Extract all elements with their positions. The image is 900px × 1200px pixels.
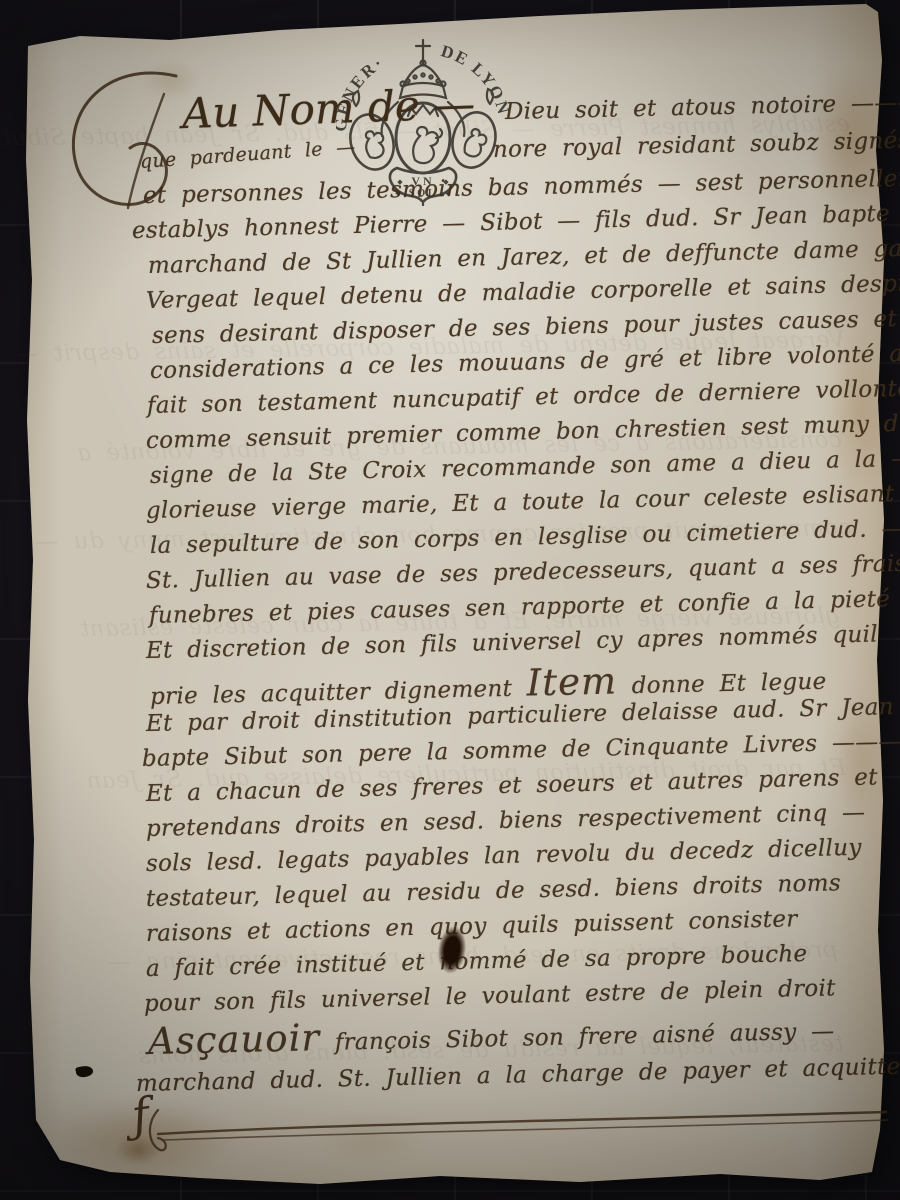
line-text: sols lesd. legats payables lan revolu du… xyxy=(146,835,862,877)
closing-flourish-rule xyxy=(128,1100,896,1156)
manuscript-line: marchand dud. St. Jullien a la charge de… xyxy=(136,1054,900,1097)
manuscript-line: que pardeuant le — xyxy=(139,137,356,173)
manuscript-line: nore royal residant soubz signés ——— xyxy=(493,127,900,164)
line-text: nore royal residant soubz signés ——— xyxy=(493,126,900,163)
line-text: glorieuse vierge marie, Et a toute la co… xyxy=(146,481,895,524)
line-text: pretendans droits en sesd. biens respect… xyxy=(146,800,866,842)
manuscript-line: testateur, lequel au residu de sesd. bie… xyxy=(146,871,842,912)
line-text: françois Sibot son frere aisné aussy — xyxy=(320,1018,835,1056)
line-text: Dieu soit et atous notoire ———— xyxy=(505,89,900,125)
flourish-line xyxy=(164,1120,888,1140)
line-text: sens desirant disposer de ses biens pour… xyxy=(152,305,900,349)
emphasized-word: Asçauoir xyxy=(147,1016,320,1063)
line-text: testateur, lequel au residu de sesd. bie… xyxy=(146,870,842,912)
manuscript-line: raisons et actions en quoy quils puissen… xyxy=(146,907,798,947)
manuscript-text-block: Dieu soit et atous notoire ————nore roya… xyxy=(0,0,900,1200)
flourish-curl xyxy=(150,1110,166,1150)
emphasized-word: Item xyxy=(526,659,617,704)
line-text: a fait crée institué et nommé de sa prop… xyxy=(146,941,808,982)
manuscript-line: sols lesd. legats payables lan revolu du… xyxy=(146,836,862,878)
manuscript-line: a fait crée institué et nommé de sa prop… xyxy=(146,942,808,982)
line-text: Et a chacun de ses freres et soeurs et a… xyxy=(146,764,878,807)
photograph-of-manuscript: { "scene": { "backdrop_color": "#141217"… xyxy=(0,0,900,1200)
line-text: que pardeuant le — xyxy=(139,136,356,173)
manuscript-line: pretendans droits en sesd. biens respect… xyxy=(146,801,866,843)
line-text: raisons et actions en quoy quils puissen… xyxy=(146,906,798,947)
manuscript-line: Dieu soit et atous notoire ———— xyxy=(505,90,900,125)
line-text: donne Et legue xyxy=(617,669,827,700)
line-text: funebres et pies causes sen rapporte et … xyxy=(149,586,891,629)
